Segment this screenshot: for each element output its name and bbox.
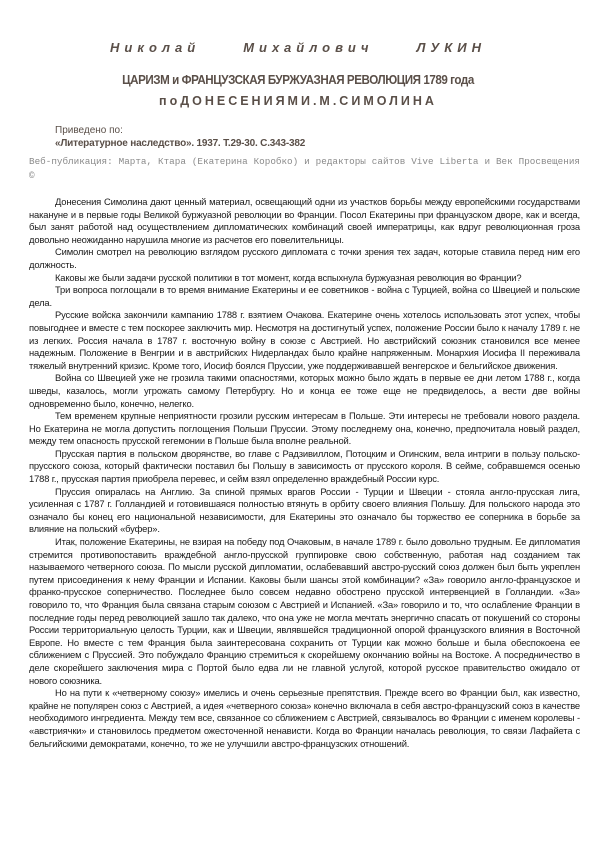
source-reference: «Литературное наследство». 1937. Т.29-30… xyxy=(55,138,305,149)
paragraph: Каковы же были задачи русской политики в… xyxy=(29,272,580,285)
paragraph: Пруссия опиралась на Англию. За спиной п… xyxy=(29,486,580,536)
paragraph: Русские войска закончили кампанию 1788 г… xyxy=(29,309,580,372)
paragraph: Прусская партия в польском дворянстве, в… xyxy=(29,448,580,486)
paragraph: Война со Швецией уже не грозила такими о… xyxy=(29,372,580,410)
paragraph: Три вопроса поглощали в то время внимани… xyxy=(29,284,580,309)
source-label: Приведено по: xyxy=(55,125,123,136)
document-title: ЦАРИЗМ и ФРАНЦУЗСКАЯ БУРЖУАЗНАЯ РЕВОЛЮЦИ… xyxy=(36,72,560,87)
document-subtitle: поДОНЕСЕНИЯМИ.М.СИМОЛИНА xyxy=(0,94,596,108)
paragraph: Но на пути к «четверному союзу» имелись … xyxy=(29,687,580,750)
paragraph: Донесения Симолина дают ценный материал,… xyxy=(29,196,580,246)
document-body: Донесения Симолина дают ценный материал,… xyxy=(29,196,580,750)
document-page: Николай Михайлович ЛУКИН ЦАРИЗМ и ФРАНЦУ… xyxy=(0,0,596,842)
paragraph: Итак, положение Екатерины, не взирая на … xyxy=(29,536,580,687)
web-publication-credit: Веб-публикация: Марта, Ктара (Екатерина … xyxy=(29,155,580,183)
author-name: Николай Михайлович ЛУКИН xyxy=(0,40,596,55)
paragraph: Симолин смотрел на революцию взглядом ру… xyxy=(29,246,580,271)
paragraph: Тем временем крупные неприятности грозил… xyxy=(29,410,580,448)
